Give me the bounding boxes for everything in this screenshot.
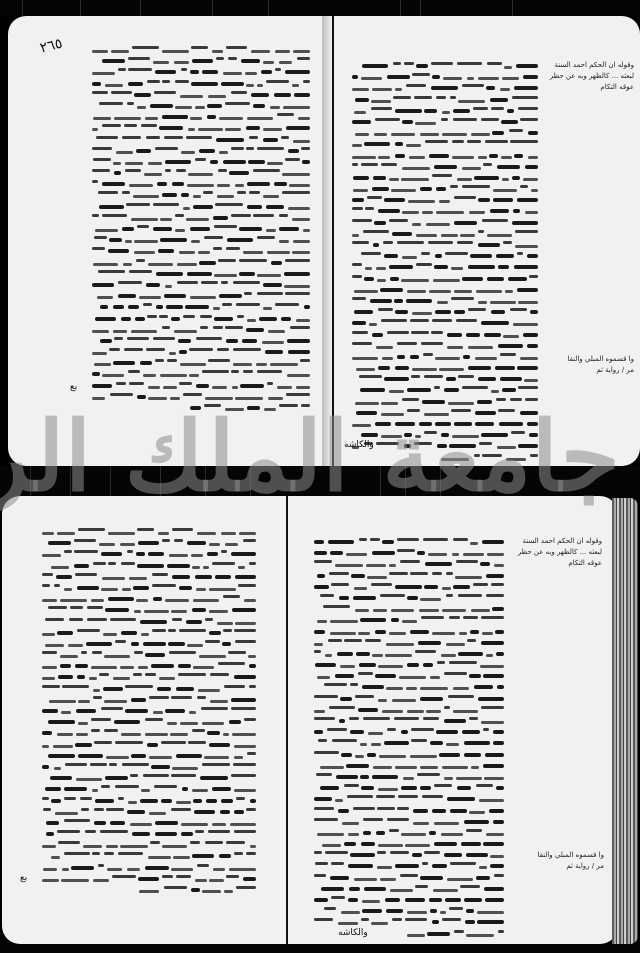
manuscript-line [92, 89, 310, 100]
manuscript-line [314, 793, 504, 804]
manuscript-line [314, 805, 504, 816]
manuscript-line [92, 100, 310, 111]
manuscript-line [314, 704, 504, 715]
manuscript-line [42, 783, 256, 794]
manuscript-line [314, 726, 504, 737]
manuscript-line [92, 156, 310, 167]
manuscript-line [92, 134, 310, 145]
manuscript-line [42, 850, 256, 861]
manuscript-line [92, 55, 310, 66]
manuscript-line [314, 715, 504, 726]
manuscript-line [352, 239, 538, 250]
manuscript-line [314, 827, 504, 838]
manuscript-line [92, 189, 310, 200]
manuscript-line [42, 761, 256, 772]
manuscript-line [314, 670, 504, 681]
manuscript-line [92, 212, 310, 223]
end-word: والكاشه [338, 928, 368, 938]
manuscript-line [42, 873, 256, 884]
manuscript-line [92, 268, 310, 279]
manuscript-line [42, 616, 256, 627]
manuscript-line [352, 362, 538, 373]
manuscript-line [352, 306, 538, 317]
manuscript-line [92, 223, 310, 234]
manuscript-line [314, 637, 504, 648]
manuscript-line [314, 760, 504, 771]
scanner-border-bottom [0, 944, 640, 953]
manuscript-line [352, 161, 538, 172]
manuscript-line [42, 694, 256, 705]
manuscript-line [92, 178, 310, 189]
manuscript-line [314, 547, 504, 558]
manuscript-line [92, 279, 310, 290]
manuscript-line [314, 659, 504, 670]
folio-number: ٢٦٥ [38, 36, 64, 57]
manuscript-line [352, 452, 538, 463]
manuscript-line [92, 290, 310, 301]
manuscript-line [92, 324, 310, 335]
manuscript-line [352, 384, 538, 395]
manuscript-line [42, 537, 256, 548]
manuscript-line [352, 127, 538, 138]
manuscript-line [42, 560, 256, 571]
manuscript-line [314, 614, 504, 625]
manuscript-line [314, 860, 504, 871]
manuscript-line [92, 380, 310, 391]
manuscript-line [314, 816, 504, 827]
manuscript-line [352, 60, 538, 71]
manuscript-line [42, 839, 256, 850]
gutter-shadow [322, 16, 332, 466]
manuscript-line [92, 313, 310, 324]
end-word: والكاشه [344, 440, 374, 450]
manuscript-line [314, 558, 504, 569]
manuscript-line [352, 217, 538, 228]
text-block [352, 60, 538, 463]
manuscript-line [352, 273, 538, 284]
manuscript-line [42, 716, 256, 727]
manuscript-line [92, 301, 310, 312]
manuscript-line [352, 150, 538, 161]
manuscript-line [352, 71, 538, 82]
manuscript-line [314, 737, 504, 748]
manuscript-line [92, 44, 310, 55]
manuscript-line [42, 604, 256, 615]
manuscript-line [314, 905, 504, 916]
manuscript-line [352, 418, 538, 429]
manuscript-line [92, 111, 310, 122]
manuscript-line [314, 693, 504, 704]
scanner-border-middle [0, 466, 640, 496]
manuscript-line [352, 228, 538, 239]
manuscript-line [352, 429, 538, 440]
manuscript-line [314, 581, 504, 592]
manuscript-line [92, 335, 310, 346]
manuscript-line [352, 340, 538, 351]
manuscript-line [314, 603, 504, 614]
manuscript-line [352, 194, 538, 205]
manuscript-line [352, 317, 538, 328]
marginal-note: وا قسموه المبلي والنقا مر / رواية ثم [564, 354, 634, 376]
manuscript-line [92, 391, 310, 402]
manuscript-line [314, 838, 504, 849]
catchword: بع [20, 873, 27, 883]
manuscript-line [314, 916, 504, 927]
manuscript-line [42, 884, 256, 895]
manuscript-line [352, 116, 538, 127]
manuscript-line [314, 626, 504, 637]
manuscript-line [92, 234, 310, 245]
manuscript-line [314, 782, 504, 793]
manuscript-line [92, 245, 310, 256]
top-left-page: ٢٦٥ بع [8, 16, 333, 466]
manuscript-line [92, 167, 310, 178]
manuscript-line [314, 894, 504, 905]
manuscript-line [92, 201, 310, 212]
manuscript-line [42, 795, 256, 806]
manuscript-line [42, 683, 256, 694]
manuscript-line [92, 145, 310, 156]
manuscript-line [352, 373, 538, 384]
text-block [314, 536, 504, 939]
text-block [42, 526, 256, 895]
manuscript-line [42, 649, 256, 660]
manuscript-line [314, 648, 504, 659]
manuscript-line [42, 671, 256, 682]
marginal-note: وقوله ان الحكم احمد السنة لبعثه ... كالظ… [542, 60, 634, 93]
manuscript-line [42, 593, 256, 604]
manuscript-line [42, 750, 256, 761]
manuscript-line [42, 526, 256, 537]
manuscript-line [314, 771, 504, 782]
scanner-border-top [0, 0, 640, 16]
manuscript-line [42, 817, 256, 828]
manuscript-line [42, 772, 256, 783]
catchword: بع [70, 382, 77, 392]
top-right-page: وقوله ان الحكم احمد السنة لبعثه ... كالظ… [334, 16, 640, 466]
manuscript-line [42, 638, 256, 649]
manuscript-line [92, 368, 310, 379]
manuscript-line [352, 205, 538, 216]
manuscript-line [42, 862, 256, 873]
marginal-note: وا قسموه المبلي والنقا مر / رواية ثم [534, 850, 604, 872]
manuscript-line [42, 828, 256, 839]
manuscript-line [42, 739, 256, 750]
manuscript-line [42, 806, 256, 817]
manuscript-line [352, 329, 538, 340]
manuscript-line [352, 351, 538, 362]
manuscript-line [42, 627, 256, 638]
manuscript-line [92, 66, 310, 77]
manuscript-line [314, 872, 504, 883]
manuscript-line [92, 122, 310, 133]
manuscript-line [352, 295, 538, 306]
page-edges [612, 498, 638, 944]
manuscript-line [42, 727, 256, 738]
manuscript-line [352, 396, 538, 407]
manuscript-line [314, 849, 504, 860]
manuscript-line [352, 284, 538, 295]
manuscript-line [92, 346, 310, 357]
manuscript-line [92, 257, 310, 268]
marginal-note: وقوله ان الحكم احمد السنة لبعثه ... كالظ… [510, 536, 602, 569]
manuscript-line [352, 94, 538, 105]
manuscript-line [314, 883, 504, 894]
manuscript-line [314, 536, 504, 547]
manuscript-line [314, 749, 504, 760]
manuscript-line [92, 357, 310, 368]
manuscript-line [352, 250, 538, 261]
manuscript-line [352, 407, 538, 418]
manuscript-line [352, 138, 538, 149]
manuscript-line [352, 183, 538, 194]
manuscript-line [42, 582, 256, 593]
text-block [92, 44, 310, 413]
manuscript-line [352, 82, 538, 93]
manuscript-line [42, 548, 256, 559]
manuscript-line [352, 105, 538, 116]
manuscript-line [42, 571, 256, 582]
manuscript-line [92, 402, 310, 413]
bottom-left-page: بع [2, 496, 286, 944]
manuscript-line [92, 78, 310, 89]
manuscript-line [352, 440, 538, 451]
manuscript-line [314, 681, 504, 692]
manuscript-line [352, 172, 538, 183]
manuscript-line [314, 592, 504, 603]
manuscript-line [42, 660, 256, 671]
bottom-right-page: وقوله ان الحكم احمد السنة لبعثه ... كالظ… [288, 496, 618, 944]
manuscript-line [42, 705, 256, 716]
manuscript-line [352, 261, 538, 272]
manuscript-line [314, 570, 504, 581]
